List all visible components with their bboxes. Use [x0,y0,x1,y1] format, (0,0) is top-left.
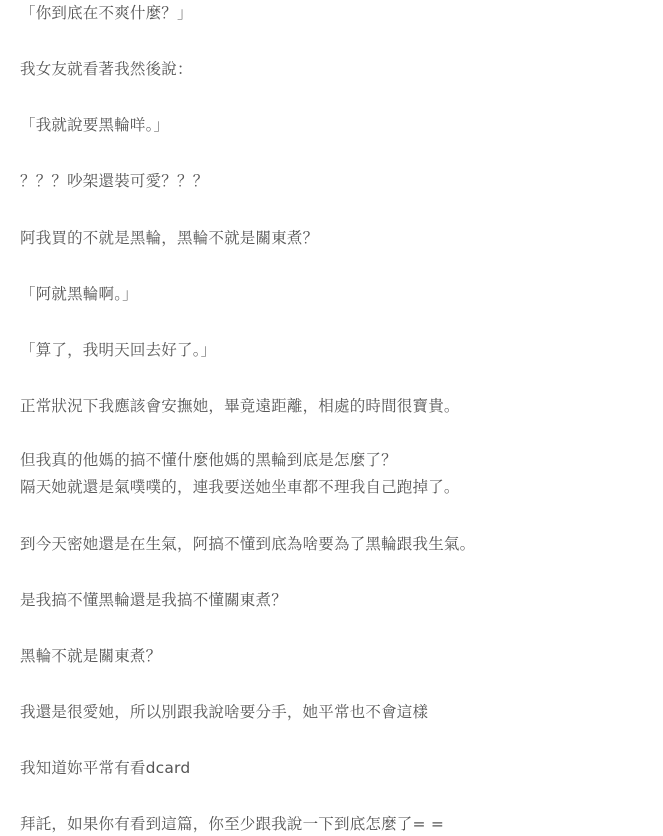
paragraph-line: 阿我買的不就是黑輪，黑輪不就是關東煮？ [20,228,318,248]
paragraph-line: 正常狀況下我應該會安撫她，畢竟遠距離，相處的時間很寶貴。 [20,396,460,416]
paragraph-line: 黑輪不就是關東煮？ [20,646,161,666]
paragraph-line: ？？？吵架還裝可愛？？？ [20,171,208,191]
paragraph-line: 「你到底在不爽什麼？」 [20,3,193,23]
paragraph-line: 「阿就黑輪啊。」 [20,284,138,304]
paragraph-line: 是我搞不懂黑輪還是我搞不懂關東煮？ [20,590,287,610]
paragraph-line: 但我真的他媽的搞不懂什麼他媽的黑輪到底是怎麼了？ [20,450,397,470]
paragraph-line: 拜託，如果你有看到這篇，你至少跟我說一下到底怎麼了= = [20,814,444,834]
paragraph-line: 「我就說要黑輪咩。」 [20,115,169,135]
paragraph-line: 我知道妳平常有看dcard [20,758,190,778]
paragraph-line: 到今天密她還是在生氣，阿搞不懂到底為啥要為了黑輪跟我生氣。 [20,534,475,554]
paragraph-line: 我還是很愛她，所以別跟我說啥要分手，她平常也不會這樣 [20,702,428,722]
paragraph-line: 「算了，我明天回去好了。」 [20,340,216,360]
paragraph-line: 隔天她就還是氣噗噗的，連我要送她坐車都不理我自己跑掉了。 [20,477,460,497]
paragraph-line: 我女友就看著我然後說： [20,59,193,79]
